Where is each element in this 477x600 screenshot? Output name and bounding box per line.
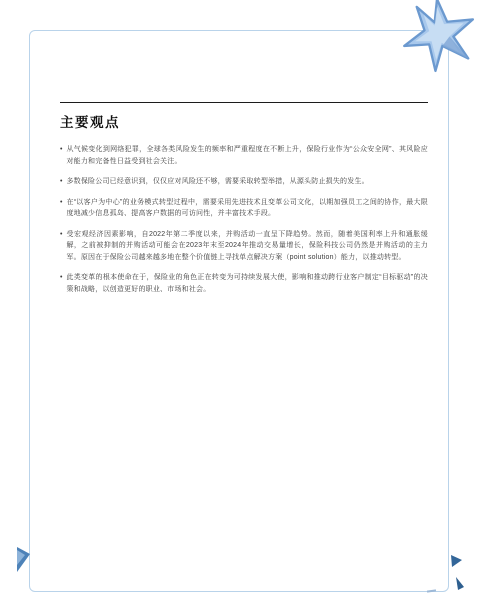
bullet-item: • 在“以客户为中心”的业务模式转型过程中，需要采用先进技术且变革公司文化，以期… <box>60 197 428 220</box>
bullet-text: 受宏观经济因素影响，自2022年第二季度以来，并购活动一直呈下降趋势。然而，随着… <box>66 229 428 264</box>
corner-ornament-icon <box>455 577 465 591</box>
page-title: 主要观点 <box>60 111 428 131</box>
bullet-text: 在“以客户为中心”的业务模式转型过程中，需要采用先进技术且变革公司文化，以期加强… <box>66 197 428 220</box>
bullet-text: 此类变革的根本使命在于，保险业的角色正在转变为可持续发展大使，影响和推动跨行业客… <box>66 272 428 295</box>
bullet-marker: • <box>60 272 62 284</box>
bullet-item: • 受宏观经济因素影响，自2022年第二季度以来，并购活动一直呈下降趋势。然而，… <box>60 229 428 264</box>
bullet-item: • 多数保险公司已经意识到，仅仅应对风险还不够，需要采取转型举措，从源头防止损失… <box>60 176 428 188</box>
bullet-marker: • <box>60 229 62 241</box>
bullet-item: • 此类变革的根本使命在于，保险业的角色正在转变为可持续发展大使，影响和推动跨行… <box>60 272 428 295</box>
content-area: 主要观点 • 从气候变化到网络犯罪，全球各类风险发生的频率和严重程度在不断上升，… <box>60 102 428 304</box>
triangle-ornament-icon <box>17 547 31 573</box>
bullet-list: • 从气候变化到网络犯罪，全球各类风险发生的频率和严重程度在不断上升，保险行业作… <box>60 144 428 295</box>
bullet-text: 多数保险公司已经意识到，仅仅应对风险还不够，需要采取转型举措，从源头防止损失的发… <box>66 176 428 188</box>
bullet-marker: • <box>60 197 62 209</box>
document-page: 主要观点 • 从气候变化到网络犯罪，全球各类风险发生的频率和严重程度在不断上升，… <box>0 0 477 600</box>
bullet-text: 从气候变化到网络犯罪，全球各类风险发生的频率和严重程度在不断上升，保险行业作为“… <box>66 144 428 167</box>
bullet-marker: • <box>60 144 62 156</box>
dash-ornament-icon <box>427 589 436 592</box>
corner-ornament-icon <box>451 554 463 568</box>
title-divider <box>60 102 428 103</box>
bullet-item: • 从气候变化到网络犯罪，全球各类风险发生的频率和严重程度在不断上升，保险行业作… <box>60 144 428 167</box>
bullet-marker: • <box>60 176 62 188</box>
paper-star-icon <box>398 0 476 74</box>
